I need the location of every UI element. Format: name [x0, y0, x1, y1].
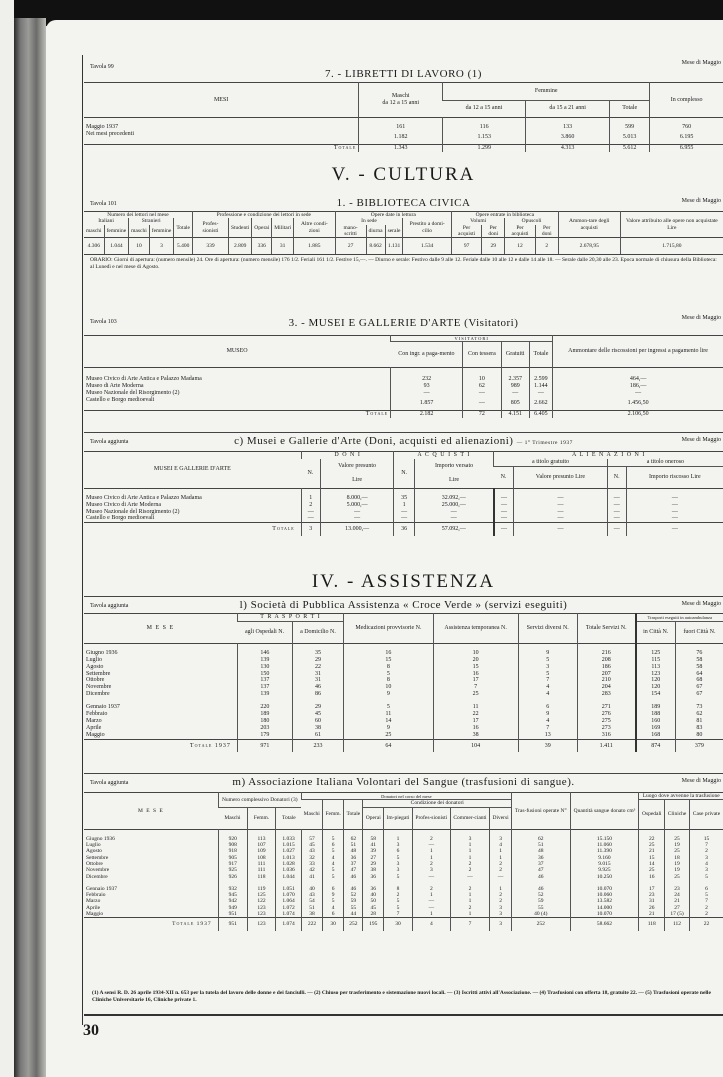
- cell: 80: [675, 732, 723, 739]
- cell: 220: [237, 698, 292, 711]
- cell: 67: [675, 691, 723, 698]
- total-cell: 1.411: [577, 739, 635, 752]
- table-row: Maggio 1937 161 116 133 599 760: [84, 118, 723, 131]
- total-cell: 22: [689, 918, 723, 931]
- cell: 168: [636, 732, 676, 739]
- cell: 7: [518, 677, 577, 684]
- total-cell: 3: [490, 918, 512, 931]
- cell: 189: [636, 698, 676, 711]
- cell: 38: [301, 911, 322, 918]
- cell: 22: [433, 711, 518, 718]
- cell: 44: [344, 911, 363, 918]
- col-diurna: diurna: [366, 225, 385, 238]
- cell: 5: [518, 671, 577, 678]
- table-title: 7. - LIBRETTI DI LAVORO (1): [84, 58, 723, 81]
- col-titolo-gratuito: a titolo gratuito: [494, 459, 607, 466]
- col-diversi: Diversi: [490, 807, 512, 829]
- cell: 5: [344, 698, 434, 711]
- cell: 203: [237, 725, 292, 732]
- cell: 119: [247, 880, 276, 892]
- total-cell: —: [626, 523, 723, 536]
- col-opu-doni: Per doni: [535, 225, 558, 238]
- table-row: Luglio139291520520811558: [84, 657, 723, 664]
- total-cell: 30: [384, 918, 413, 931]
- cell: 276: [577, 711, 635, 718]
- total-cell: 36: [394, 523, 414, 536]
- total-cell: 379: [675, 739, 723, 752]
- table-title: l) Società di Pubblica Assistenza « Croc…: [84, 597, 723, 612]
- bottom-rule: [84, 1014, 723, 1016]
- cell: 154: [636, 691, 676, 698]
- cell: 10.070: [570, 911, 639, 918]
- scan-margin: [0, 0, 14, 1077]
- col-lettori: Numero dei lettori nel mese: [84, 212, 192, 219]
- cell: 169: [636, 725, 676, 732]
- table-biblioteca-civica: Tavola 101 Mese di Maggio 1. - BIBLIOTEC…: [84, 195, 723, 273]
- col-opu-acquisti: Per acquisti: [505, 225, 535, 238]
- cell: 1: [412, 911, 450, 918]
- col-gratuiti: Gratuiti: [501, 342, 529, 368]
- cell: 9: [344, 725, 434, 732]
- cell: 188: [636, 711, 676, 718]
- cell: 25: [433, 691, 518, 698]
- cell: 1.033: [276, 829, 301, 842]
- cell: 8: [344, 664, 434, 671]
- table-row: Museo di Arte Moderna 9362 9891.144186,—: [84, 383, 723, 390]
- cell: 5.000,—: [320, 502, 394, 509]
- cell: 57: [301, 829, 322, 842]
- cell: —: [301, 515, 320, 522]
- col-donatori-mese: Donatori nel corso del mese: [301, 793, 511, 800]
- table-id: Tavola 103: [90, 319, 117, 326]
- cell: 189: [237, 711, 292, 718]
- cell: 46: [344, 880, 363, 892]
- cell: 62: [675, 711, 723, 718]
- cell: 10: [344, 684, 434, 691]
- cell: 2: [301, 502, 320, 509]
- table-title: c) Musei e Gallerie d'Arte (Doni, acquis…: [234, 435, 513, 447]
- total-cell: —: [607, 523, 626, 536]
- col-maschi: Maschida 12 a 15 anni: [359, 83, 443, 118]
- cell: 8.000,—: [320, 488, 394, 501]
- col-femmine: Femmine: [443, 83, 650, 101]
- row-label: Aprile: [84, 725, 237, 732]
- table-total-row: Totale 193797123364104391.411874379: [84, 739, 723, 752]
- table-row: Museo Civico di Arte Antica e Palazzo Ma…: [84, 488, 723, 501]
- cell: 15.150: [570, 829, 639, 842]
- cell: —: [301, 509, 320, 516]
- table-croce-verde: Tavola aggiunta Mese di Maggio l) Societ…: [84, 596, 723, 752]
- cell: —: [514, 502, 608, 509]
- cell: 283: [577, 691, 635, 698]
- section-heading-assistenza: IV. - ASSISTENZA: [84, 571, 723, 593]
- row-label: Maggio: [84, 911, 218, 918]
- cell: 8: [384, 880, 413, 892]
- cell: 4: [518, 718, 577, 725]
- cell: 180: [237, 718, 292, 725]
- col-fuori-citta: fuori Città N.: [675, 621, 723, 643]
- cell: 17: [639, 880, 665, 892]
- table-month: Mese di Maggio: [682, 60, 721, 67]
- cell: —: [607, 509, 626, 516]
- cell: 3: [518, 664, 577, 671]
- cell: —: [514, 515, 608, 522]
- cell: 29: [292, 698, 343, 711]
- table-title: m) Associazione Italiana Volontari del S…: [84, 774, 723, 789]
- total-cell: 951: [218, 918, 247, 931]
- cell: 932: [218, 880, 247, 892]
- cell: 58: [675, 657, 723, 664]
- cell: 46: [512, 880, 571, 892]
- col-mese: M E S E: [84, 614, 237, 644]
- cell: —: [320, 509, 394, 516]
- cell: 7: [433, 684, 518, 691]
- cell: 23: [665, 880, 690, 892]
- opening-hours-note: ORARIO: Giorni di apertura: (numero mens…: [84, 254, 723, 273]
- col-domicilio: a Domicilio N.: [292, 621, 343, 643]
- cell: 139: [237, 657, 292, 664]
- table-month: Mese di Maggio: [682, 601, 721, 608]
- cell: 22: [292, 664, 343, 671]
- cell: 83: [675, 725, 723, 732]
- cell: 1.051: [276, 880, 301, 892]
- cell: 25.000,—: [414, 502, 494, 509]
- cell: 25: [344, 732, 434, 739]
- cell: 160: [636, 718, 676, 725]
- col-acquisti: A C Q U I S T I: [394, 452, 494, 459]
- table-row: Nei mesi precedenti 1.182 1.153 3.860 5.…: [84, 131, 723, 144]
- total-cell: 30: [323, 918, 344, 931]
- cell: 20: [433, 657, 518, 664]
- col-totale: Totale: [529, 342, 552, 368]
- cell: 115: [636, 657, 676, 664]
- cell: 68: [675, 677, 723, 684]
- col-totale: Totale: [174, 218, 193, 237]
- cell: 920: [218, 829, 247, 842]
- total-cell: 1.074: [276, 918, 301, 931]
- cell: 6: [689, 880, 723, 892]
- col-professionisti: Profes-sionisti: [192, 218, 228, 237]
- row-label: Agosto: [84, 664, 237, 671]
- cell: 10.070: [570, 880, 639, 892]
- col-autoambulanza: Trasporti eseguiti in autoambulanza: [636, 614, 723, 622]
- cell: 25: [665, 829, 690, 842]
- cell: 16: [433, 725, 518, 732]
- table-row: Maggio9511231.0743864428711340 (4)10.070…: [84, 911, 723, 918]
- table-row: Febbraio189451122927618862: [84, 711, 723, 718]
- col-cliniche: Cliniche: [665, 800, 690, 829]
- total-cell: 7: [450, 918, 489, 931]
- cell: 81: [675, 718, 723, 725]
- cell: 316: [577, 732, 635, 739]
- cell: 9: [518, 711, 577, 718]
- cell: 29: [292, 657, 343, 664]
- row-label: Settembre: [84, 671, 237, 678]
- col-vol-acquisti: Per acquisti: [451, 225, 481, 238]
- table-total-row: Totale 19379511231.074222302521953047325…: [84, 918, 723, 931]
- cell: 1: [394, 502, 414, 509]
- table-row: Agosto13022815318611358: [84, 664, 723, 671]
- col-trasfusioni: Tras-fusioni operate N°: [512, 793, 571, 830]
- col-medicazioni: Medicazioni provvisorie N.: [344, 614, 434, 644]
- col-condizione: Condizione dei donatori: [363, 800, 512, 807]
- table-musei-visitatori: Tavola 103 Mese di Maggio 3. - MUSEI E G…: [84, 313, 723, 418]
- cell: —: [626, 488, 723, 501]
- col-num-totale: Totale: [276, 807, 301, 829]
- total-label: Totale: [84, 523, 301, 536]
- cell: 9: [344, 691, 434, 698]
- cell: 15: [689, 829, 723, 842]
- cell: 113: [247, 829, 276, 842]
- cell: 951: [218, 911, 247, 918]
- cell: 11: [344, 711, 434, 718]
- cell: 207: [577, 671, 635, 678]
- total-cell: 233: [292, 739, 343, 752]
- table-row: Gennaio 19379321191.051406463682214610.0…: [84, 880, 723, 892]
- table-title: 3. - MUSEI E GALLERIE D'ARTE (Visitatori…: [84, 313, 723, 330]
- cell: —: [494, 502, 514, 509]
- cell: 1: [301, 488, 320, 501]
- col-servizi-diversi: Servizi diversi N.: [518, 614, 577, 644]
- col-operai: Operai: [252, 218, 272, 237]
- cell: 17: [433, 677, 518, 684]
- table-row: Maggio1796125381331616880: [84, 732, 723, 739]
- row-label: Gennaio 1937: [84, 698, 237, 711]
- cell: 139: [237, 691, 292, 698]
- cell: 13: [518, 732, 577, 739]
- total-cell: 252: [512, 918, 571, 931]
- cell: 8: [344, 677, 434, 684]
- table-row: Marzo180601417427516081: [84, 718, 723, 725]
- table-row: Giugno 1936146351610921612576: [84, 643, 723, 656]
- col-serale: serale: [385, 225, 403, 238]
- total-cell: 39: [518, 739, 577, 752]
- row-label: Ottobre: [84, 677, 237, 684]
- cell: 150: [237, 671, 292, 678]
- col-it-maschi: maschi: [84, 225, 104, 238]
- cell: 5: [344, 671, 434, 678]
- cell: —: [514, 488, 608, 501]
- row-label: Castello e Borgo medioevali: [84, 515, 301, 522]
- cell: 46: [292, 684, 343, 691]
- table-id: Tavola 101: [90, 201, 117, 208]
- col-opere-entrate: Opere entrate in biblioteca: [451, 212, 558, 219]
- cell: 36: [363, 880, 384, 892]
- col-numero-donatori: Numero complessivo Donatori (3): [218, 793, 301, 808]
- total-cell: 4: [412, 918, 450, 931]
- col-commercianti: Commer-cianti: [450, 807, 489, 829]
- col-con-tessera: Con tessera: [463, 342, 502, 368]
- table-row: Gennaio 193722029511627118973: [84, 698, 723, 711]
- cell: 120: [636, 684, 676, 691]
- total-cell: —: [494, 523, 514, 536]
- cell: —: [626, 509, 723, 516]
- cell: 28: [363, 911, 384, 918]
- cell: —: [394, 509, 414, 516]
- col-totale-servizi: Totale Servizi N.: [577, 614, 635, 644]
- cell: 86: [292, 691, 343, 698]
- table-month: Mese di Maggio: [682, 437, 721, 444]
- cell: 186: [577, 664, 635, 671]
- cell: 31: [292, 677, 343, 684]
- table-row: Novembre13746107420412067: [84, 684, 723, 691]
- row-label: Luglio: [84, 657, 237, 664]
- col-professionisti: Profes-sionisti: [412, 807, 450, 829]
- col-trasporti: T R A S P O R T I: [237, 614, 343, 622]
- cell: 31: [292, 671, 343, 678]
- row-label: Museo Civico di Arte Moderna: [84, 502, 301, 509]
- table-subtitle: — 1° Trimestre 1937: [517, 440, 573, 446]
- row-label: Museo Nazionale del Risorgimento (2): [84, 509, 301, 516]
- cell: 4: [518, 691, 577, 698]
- cell: 35: [394, 488, 414, 501]
- cell: 5: [323, 829, 344, 842]
- total-cell: 3: [301, 523, 320, 536]
- cell: 210: [577, 677, 635, 684]
- total-cell: 123: [247, 918, 276, 931]
- cell: 73: [675, 698, 723, 711]
- col-str-femmine: femmine: [149, 225, 174, 238]
- col-ammontare: Ammontare delle riscossioni per ingressi…: [553, 336, 723, 368]
- table-row: Giugno 19369201131.033575625812336215.15…: [84, 829, 723, 842]
- col-militari: Militari: [272, 218, 294, 237]
- cell: 1: [384, 829, 413, 842]
- cell: 123: [636, 671, 676, 678]
- col-mese-totale: Totale: [344, 800, 363, 829]
- cell: 137: [237, 684, 292, 691]
- total-cell: 971: [237, 739, 292, 752]
- cell: 275: [577, 718, 635, 725]
- total-label: Totale 1937: [84, 739, 237, 752]
- table-row: Museo Civico di Arte Antica e Palazzo Ma…: [84, 368, 723, 383]
- cell: 1: [490, 880, 512, 892]
- table-row: Museo Nazionale del Risorgimento (2)————…: [84, 509, 723, 516]
- col-doni-n: N.: [301, 459, 320, 488]
- col-mese-femm: Femm.: [323, 800, 344, 829]
- cell: 208: [577, 657, 635, 664]
- table-month: Mese di Maggio: [682, 315, 721, 322]
- row-label: Dicembre: [84, 691, 237, 698]
- cell: 7: [518, 725, 577, 732]
- table-month: Mese di Maggio: [682, 198, 721, 205]
- col-case-private: Case private: [689, 800, 723, 829]
- cell: 146: [237, 643, 292, 656]
- cell: 17 (5): [665, 911, 690, 918]
- col-oneroso-importo: Importo riscosso Lire: [626, 466, 723, 488]
- cell: 60: [292, 718, 343, 725]
- table-month: Mese di Maggio: [682, 778, 721, 785]
- cell: 113: [636, 664, 676, 671]
- table-id: Tavola 99: [90, 64, 114, 71]
- cell: —: [626, 515, 723, 522]
- row-label: Maggio: [84, 732, 237, 739]
- col-acquisti-importo: Importo versatoLire: [414, 459, 494, 488]
- total-cell: 118: [639, 918, 665, 931]
- col-opere-lettura: Opere date in lettura: [335, 212, 451, 219]
- col-f-15-21: da 15 a 21 anni: [526, 100, 610, 118]
- col-ospedali: agli Ospedali N.: [237, 621, 292, 643]
- cell: 3: [490, 829, 512, 842]
- col-acquisti-n: N.: [394, 459, 414, 488]
- row-label: Marzo: [84, 718, 237, 725]
- cell: 7: [384, 911, 413, 918]
- cell: 58: [363, 829, 384, 842]
- cell: —: [607, 488, 626, 501]
- col-doni: D O N I: [301, 452, 394, 459]
- cell: 32.092,—: [414, 488, 494, 501]
- cell: 58: [675, 664, 723, 671]
- cell: 62: [512, 829, 571, 842]
- cell: 6: [323, 880, 344, 892]
- col-gratuito-valore: Valore presunto Lire: [514, 466, 608, 488]
- col-it-femmine: femmine: [104, 225, 129, 238]
- cell: 38: [292, 725, 343, 732]
- cell: 6: [518, 698, 577, 711]
- cell: 3: [490, 911, 512, 918]
- col-f-totale: Totale: [610, 100, 650, 118]
- table-libretti-lavoro: Tavola 99 Mese di Maggio 7. - LIBRETTI D…: [84, 58, 723, 152]
- cell: 2: [412, 829, 450, 842]
- col-manoscritti: mano-scritti: [335, 225, 366, 238]
- total-label: Totale 1937: [84, 918, 218, 931]
- cell: 3: [450, 829, 489, 842]
- section-heading-cultura: V. - CULTURA: [84, 164, 723, 186]
- cell: 21: [639, 911, 665, 918]
- cell: 15: [433, 664, 518, 671]
- col-vol-doni: Per doni: [482, 225, 505, 238]
- cell: 64: [675, 671, 723, 678]
- total-cell: 57.092,—: [414, 523, 494, 536]
- cell: 14: [344, 718, 434, 725]
- total-cell: 112: [665, 918, 690, 931]
- col-in-citta: in Città N.: [636, 621, 676, 643]
- table-id: Tavola aggiunta: [90, 439, 128, 446]
- col-mese-maschi: Maschi: [301, 800, 322, 829]
- total-cell: 13.000,—: [320, 523, 394, 536]
- cell: —: [494, 515, 514, 522]
- cell: 61: [292, 732, 343, 739]
- cell: 273: [577, 725, 635, 732]
- cell: 137: [237, 677, 292, 684]
- col-assistenza: Assistenza temporanea N.: [433, 614, 518, 644]
- col-num-femm: Femm.: [247, 807, 276, 829]
- row-label: Giugno 1936: [84, 643, 237, 656]
- table-row: Castello e Borgo medioevali————————: [84, 515, 723, 522]
- cell: 40 (4): [512, 911, 571, 918]
- cell: 216: [577, 643, 635, 656]
- table-row: Castello e Borgo medioevali 1.857— 8052.…: [84, 397, 723, 410]
- cell: 123: [247, 911, 276, 918]
- cell: 76: [675, 643, 723, 656]
- footnotes: (1) A sensi R. D. 26 aprile 1934-XII n. …: [84, 990, 723, 1004]
- cell: 35: [292, 643, 343, 656]
- total-cell: 104: [433, 739, 518, 752]
- col-altre: Altre condi-zioni: [294, 218, 336, 237]
- col-f-12-15: da 12 a 15 anni: [443, 100, 526, 118]
- col-mesi: MESI: [84, 83, 359, 118]
- table-id: Tavola aggiunta: [90, 603, 128, 610]
- cell: —: [414, 509, 494, 516]
- col-str-maschi: maschi: [129, 225, 150, 238]
- col-valore: Valore attribuito alle opere non acquist…: [620, 212, 723, 238]
- col-musei: MUSEI E GALLERIE D'ARTE: [84, 452, 301, 489]
- cell: 11: [433, 698, 518, 711]
- cell: 6: [323, 911, 344, 918]
- cell: 204: [577, 684, 635, 691]
- col-museo: MUSEO: [84, 336, 391, 368]
- table-row: Ottobre13731817721012068: [84, 677, 723, 684]
- cell: —: [607, 515, 626, 522]
